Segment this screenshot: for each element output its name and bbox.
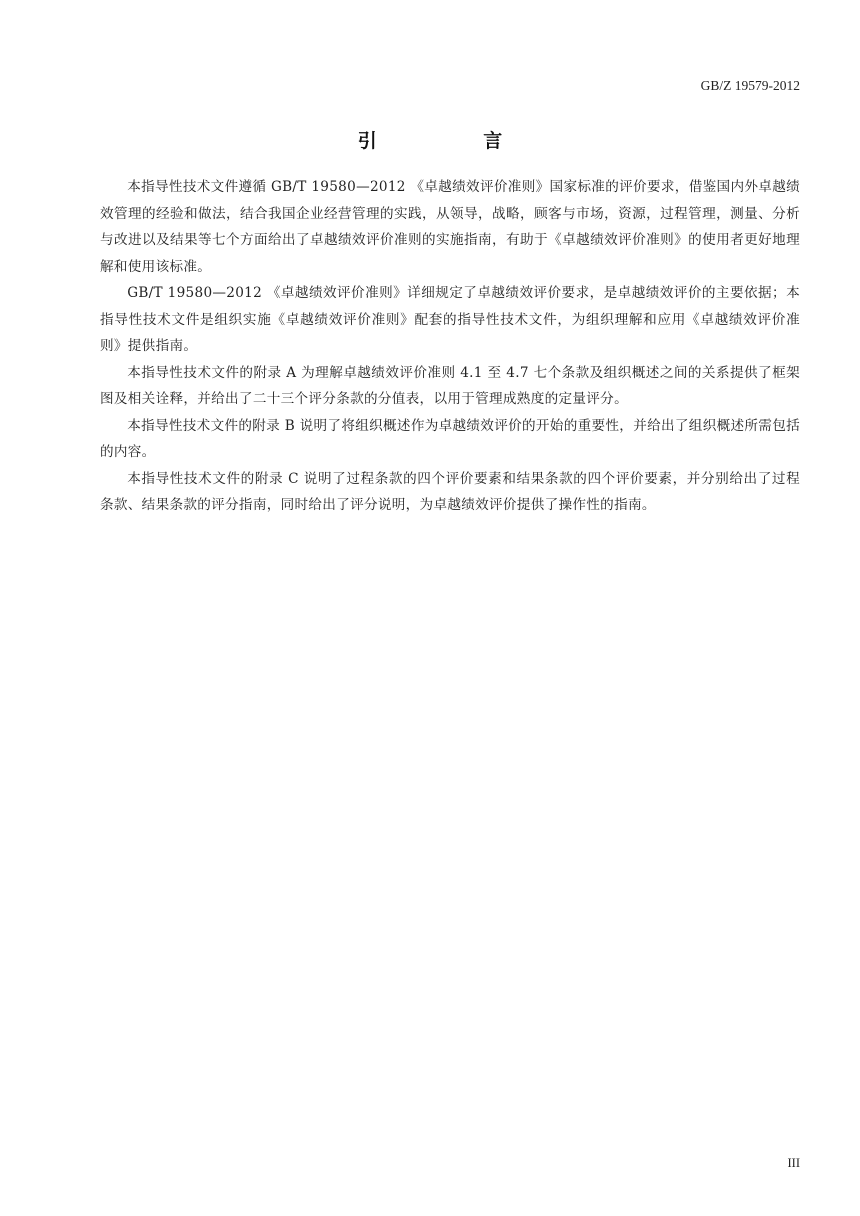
paragraph: GB/T 19580—2012 《卓越绩效评价准则》详细规定了卓越绩效评价要求，…: [100, 280, 800, 360]
standard-code: GB/Z 19579-2012: [701, 78, 800, 94]
paragraph: 本指导性技术文件的附录 C 说明了过程条款的四个评价要素和结果条款的四个评价要素…: [100, 466, 800, 519]
page-number: III: [788, 1156, 801, 1171]
paragraph: 本指导性技术文件遵循 GB/T 19580—2012 《卓越绩效评价准则》国家标…: [100, 174, 800, 280]
paragraph: 本指导性技术文件的附录 B 说明了将组织概述作为卓越绩效评价的开始的重要性，并给…: [100, 413, 800, 466]
paragraph: 本指导性技术文件的附录 A 为理解卓越绩效评价准则 4.1 至 4.7 七个条款…: [100, 360, 800, 413]
document-body: 本指导性技术文件遵循 GB/T 19580—2012 《卓越绩效评价准则》国家标…: [100, 174, 800, 519]
page-title: 引 言: [0, 126, 860, 153]
